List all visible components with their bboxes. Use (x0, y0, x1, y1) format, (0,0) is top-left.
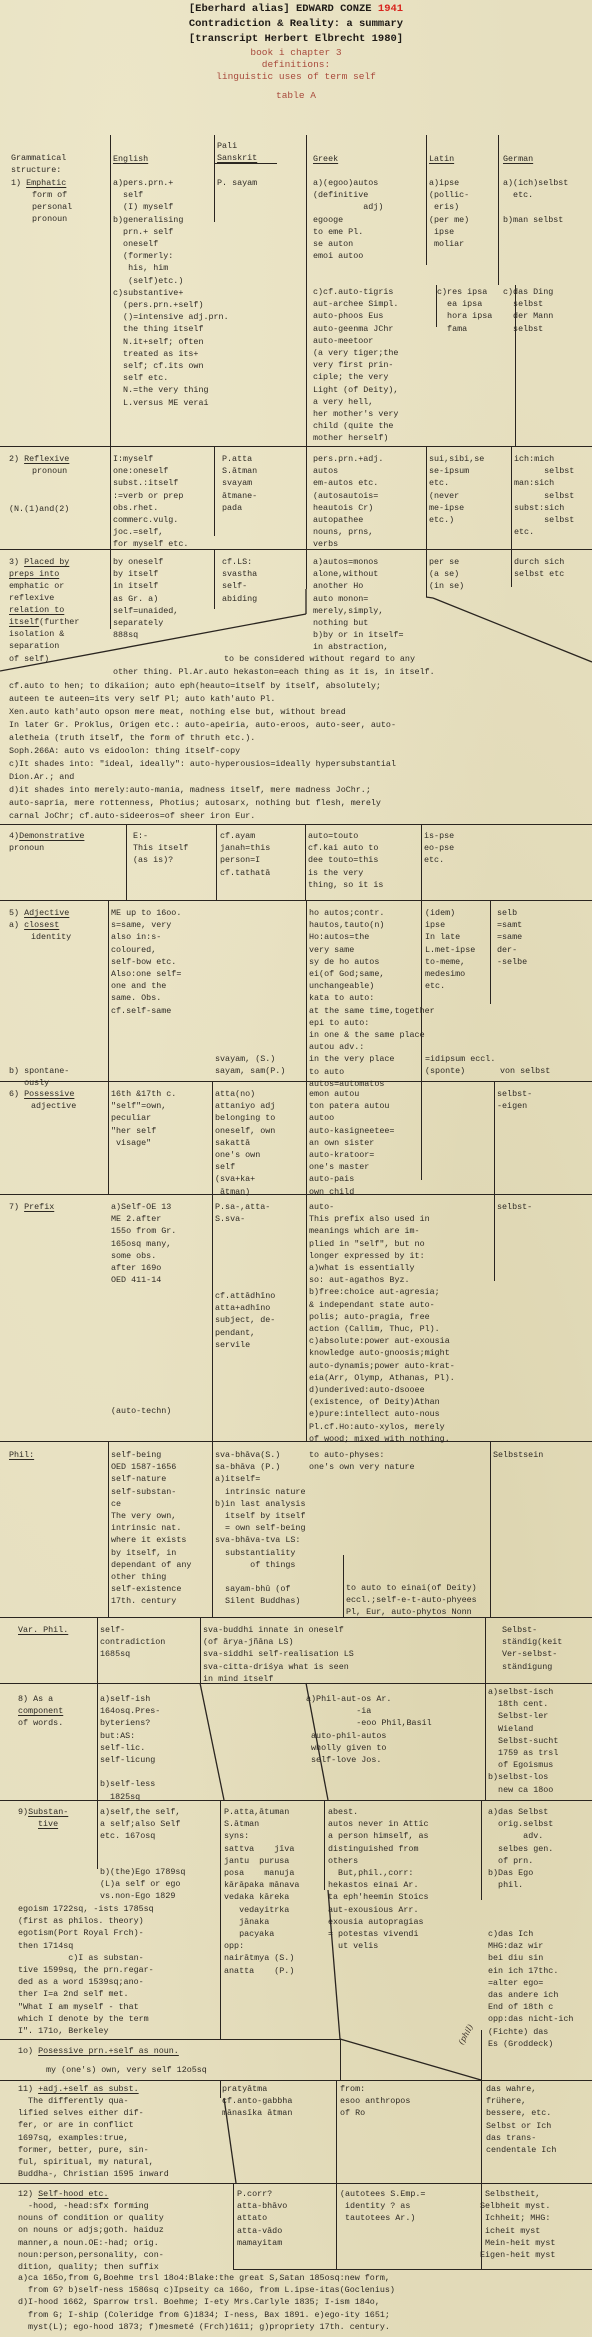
col-rule (200, 1617, 201, 1683)
row2-label-rest: pronoun (32, 465, 67, 477)
col-rule (108, 1441, 109, 1617)
row-label-underlined: Placed by (24, 557, 69, 567)
row1-greek-c: c)cf.auto-tigris aut-archee Simpl. auto-… (313, 286, 398, 445)
title-author: [Eberhard alias] EDWARD CONZE 1941 (0, 2, 592, 17)
row-divider (0, 900, 592, 901)
col-rule (426, 135, 427, 265)
row7-greek: auto- This prefix also used in meanings … (309, 1201, 455, 1445)
row11-german: das wahre, frühere, bessere, etc. Selbst… (486, 2083, 556, 2156)
row-num: 1o) (18, 2046, 33, 2056)
row7-pali: P.sa-,atta- S.sva- (215, 1201, 270, 1225)
row7-english-tail: (auto-techn) (111, 1405, 171, 1417)
col-rule (511, 446, 512, 549)
row-divider (0, 1617, 592, 1618)
row-divider (0, 1800, 592, 1801)
row-divider (0, 1081, 592, 1082)
col-rule (324, 1800, 325, 1890)
row3-greek: a)autos=monos alone,without another Ho a… (313, 556, 403, 654)
row9-greek: abest. autos never in Attic a person him… (328, 1806, 429, 1952)
row2-greek: pers.prn.+adj. autos em-autos etc. (auto… (313, 453, 383, 551)
col-rule (481, 1800, 482, 1900)
continuation-line: auto-sapria, mere rottenness, Photius; a… (9, 797, 381, 809)
row9-english-wide: egoism 1722sq, -ists 1785sq (first as ph… (18, 1903, 154, 2037)
col-rule (305, 824, 306, 900)
pali-header-rule (215, 163, 277, 164)
phil-english: self-being OED 1587-1656 self-nature sel… (111, 1449, 191, 1608)
col-rule (233, 2183, 234, 2269)
row1-german-c: c)das Ding selbst der Mann selbst (503, 286, 553, 335)
title-work: Contradiction & Reality: a summary (0, 17, 592, 32)
row4-label-rest: pronoun (9, 842, 44, 854)
col-greek-header: Greek (313, 153, 338, 165)
row3-english: by oneself by itself in itself as Gr. a)… (113, 556, 178, 641)
row4-latin: is-pse eo-pse etc. (424, 830, 454, 867)
row5-german-b: von selbst (500, 1065, 550, 1077)
row-divider (0, 2080, 592, 2081)
col-rule (214, 549, 215, 609)
col-rule (340, 2039, 341, 2080)
row12-text: -hood, -head:sfx forming nouns of condit… (18, 2200, 164, 2273)
row9-label: 9)Substan- (18, 1806, 68, 1818)
continuation-line: Dion.Ar.; and (9, 771, 74, 783)
row11-greek: from: esoo anthropos of Ro (340, 2083, 410, 2120)
row8-label: 8) As a (18, 1693, 53, 1705)
varphil-label: Var. Phil. (18, 1624, 68, 1636)
col-rule (110, 135, 111, 446)
row-num: 11) (18, 2084, 33, 2094)
col-rule (511, 549, 512, 587)
row6-greek: emon autou ton patera autou autoo auto-k… (309, 1088, 394, 1198)
row3-pali: cf.LS: svastha self- abiding (222, 556, 257, 605)
row-label-underlined: Demonstrative (19, 831, 84, 841)
col-rule (426, 549, 427, 597)
subtitle-topic: linguistic uses of term self (0, 71, 592, 84)
phil-pali: sva-bhāva(S.) sa-bhāva (P.) a)itself= in… (215, 1449, 305, 1608)
row2-label: 2) Reflexive (9, 453, 69, 465)
varphil-middle: sva-buddhi innate in oneself (of ārya-jñ… (203, 1624, 354, 1685)
continuation-line: to be considered without regard to any (224, 653, 415, 665)
phil-german: Selbstsein (493, 1449, 543, 1461)
row-divider (0, 1441, 592, 1442)
col-rule (306, 135, 307, 446)
row5-greek: ho autos;contr. hautos,tauto(n) Ho:autos… (309, 907, 435, 1090)
row3-label-u2: preps into (9, 568, 59, 580)
row4-english: E:- This itself (as is)? (133, 830, 188, 867)
row5-latin-b: =idipsum eccl. (sponte) (425, 1053, 495, 1077)
col-structure-header: Grammatical structure: (11, 152, 66, 176)
col-rule (436, 285, 437, 327)
row7-pali-cf: cf.attādhīno atta+adhīno subject, de- pe… (215, 1290, 275, 1351)
col-rule (336, 2080, 337, 2183)
row2-english: I:myself one:oneself subst.:itself :=ver… (113, 453, 188, 551)
continuation-line: c)It shades into: "ideal, ideally": auto… (9, 758, 396, 770)
row9-pali: P.atta,ātuman S.ātman syns: sattva jīva … (224, 1806, 299, 1977)
col-rule (306, 549, 307, 589)
continuation-line: aletheia (truth itself, the form of thru… (9, 732, 255, 744)
col-rule (220, 1800, 221, 2039)
row5-label-a: a) closest (9, 919, 59, 931)
subtitle-table: table A (0, 90, 592, 103)
row3-latin: per se (a se) (in se) (429, 556, 464, 593)
row1-latin-c: c)res ipsa ea ipsa hora ipsa fama (437, 286, 492, 335)
col-rule (498, 135, 499, 285)
row5-label: 5) Adjective (9, 907, 69, 919)
continuation-line: auteen te auteen=its very self Pl; auto … (9, 693, 275, 705)
continuation-line: carnal JoChr; cf.auto-sideeros=of sheer … (9, 810, 255, 822)
row-label-underlined: Reflexive (24, 454, 69, 464)
col-rule (481, 2183, 482, 2269)
row2-pali: P.atta S.ātman svayam ātmane- pada (222, 453, 257, 514)
row6-label-rest: adjective (31, 1100, 76, 1112)
row1-label: 1) Emphatic (11, 177, 66, 189)
continuation-line: cf.auto to hen; to dikaiion; auto eph(he… (9, 680, 381, 692)
row-divider (0, 824, 592, 825)
continuation-line: Soph.266A: auto vs eidoolon: thing itsel… (9, 745, 240, 757)
row4-greek: auto=touto cf.kai auto to dee touto=this… (308, 830, 383, 891)
col-rule (343, 1555, 344, 1617)
row-num: 3) (9, 557, 19, 567)
row-divider (0, 2183, 592, 2184)
col-rule (97, 1617, 98, 1800)
row1-latin-a: a)ipse (pollic- eris) (per me) ipse moli… (429, 177, 469, 250)
col-rule (481, 2080, 482, 2183)
row12-greek: (autotees S.Emp.= identity ? as tautotee… (340, 2188, 425, 2225)
col-rule (336, 2183, 337, 2269)
row5-pali-b: svayam, (S.) sayam, sam(P.) (215, 1053, 285, 1077)
col-rule (490, 1441, 491, 1617)
row-num: 2) (9, 454, 19, 464)
varphil-english: self- contradiction 1685sq (100, 1624, 165, 1661)
row-num: 4) (9, 831, 19, 841)
col-rule (110, 446, 111, 549)
title-transcript: [transcript Herbert Elbrecht 1980] (0, 32, 592, 47)
row11-pali: pratyātma cf.anto-gabbha mānasīka ātman (222, 2083, 292, 2120)
row9-english-a: a)self,the self, a self;also Self etc. 1… (100, 1806, 180, 1843)
col-rule (481, 2030, 482, 2080)
row-label-underlined: Posessive prn.+self as noun. (38, 2046, 179, 2056)
col-rule (421, 900, 422, 1180)
col-rule (490, 900, 491, 1004)
handwritten-annotation: (phil) (457, 2023, 476, 2046)
row12-footer: a)ca 165o,from G,Boehme trsl 18o4:Blake:… (18, 2272, 395, 2333)
col-rule (485, 1617, 486, 1800)
row5-label-b: b) spontane- ously (9, 1065, 69, 1089)
row5-latin: (idem) ipse In late L.met-ipse to-meme, … (425, 907, 475, 992)
row-divider (0, 549, 592, 550)
row8-label-u: component (18, 1705, 63, 1717)
row11-label: 11) +adj.+self as subst. (18, 2083, 139, 2095)
row8-greek: a)Phil-aut-os Ar. -ia -eoo Phil,Basil au… (306, 1693, 432, 1766)
varphil-german: Selbst- ständig(keit Ver-selbst- ständig… (502, 1624, 562, 1673)
row-num: 1) (11, 178, 21, 188)
col-rule (220, 2080, 221, 2098)
row-label-underlined: Self-hood etc. (38, 2189, 108, 2199)
row-label-underlined: closest (24, 920, 59, 930)
row9-german: a)das Selbst orig.selbst adv. selbes gen… (488, 1806, 573, 2050)
row-label-underlined: Adjective (24, 908, 69, 918)
row12-label: 12) Self-hood etc. (18, 2188, 108, 2200)
row1-pali: P. sayam (217, 177, 257, 189)
row3-german: durch sich selbst etc (514, 556, 564, 580)
row-label-text: As a (33, 1694, 53, 1704)
continuation-line: d)it shades into merely:auto-mania, madn… (9, 784, 371, 796)
row-num: 5) (9, 908, 19, 918)
row-divider (233, 2269, 592, 2270)
row12-german: Selbstheit, Selbheit myst. Ichheit; MHG:… (480, 2188, 555, 2261)
row9-english-b: b)(the)Ego 1789sq (L)a self or ego vs.no… (100, 1866, 185, 1903)
continuation-line: Xen.auto kath'auto opson mere meat, noth… (9, 706, 346, 718)
row-label-underlined: Emphatic (26, 178, 66, 188)
col-rule (214, 446, 215, 536)
row-divider (0, 1194, 592, 1195)
row-label-underlined: Possessive (24, 1089, 74, 1099)
row8-label-rest: of words. (18, 1717, 63, 1729)
author-text: [Eberhard alias] EDWARD CONZE (189, 3, 378, 15)
row11-text: The differently qua- lified selves eithe… (18, 2095, 169, 2180)
row6-label: 6) Possessive (9, 1088, 74, 1100)
row1-german-a: a)(ich)selbst etc. b)man selbst (503, 177, 568, 226)
row3-label-mid: emphatic or reflexive (9, 580, 64, 604)
row7-english: a)Self-OE 13 ME 2.after 155o from Gr. 16… (111, 1201, 176, 1286)
col-english-header: English (113, 153, 148, 165)
row5-english: ME up to 16oo. s=same, very also in:s- c… (111, 907, 181, 1017)
row-divider (0, 1683, 592, 1684)
col-rule (421, 824, 422, 900)
col-rule (306, 446, 307, 549)
phil-greek-top: to auto-physes: one's own very nature (309, 1449, 415, 1473)
year-text: 1941 (378, 3, 403, 15)
row4-pali: cf.ayam janah=this person=I cf.tathatā (220, 830, 270, 879)
row10-text: my (one's) own, very self 12o5sq (46, 2064, 207, 2076)
row6-german: selbst- -eigen (497, 1088, 532, 1112)
col-rule (110, 549, 111, 629)
row3-label-u4-line: itself(further isolation & separation of… (9, 616, 79, 665)
col-rule (515, 285, 516, 446)
col-rule (426, 446, 427, 549)
row2-note: (N.(1)and(2) (9, 503, 69, 515)
col-pali-header-1: Pali (217, 140, 237, 152)
row5-label-a-rest: identity (31, 931, 71, 943)
row12-pali: P.corr? atta-bhāvo attato atta-vādo mama… (237, 2188, 287, 2249)
subtitle-definitions: definitions: (0, 59, 592, 72)
row-num: 7) (9, 1202, 19, 1212)
col-latin-header: Latin (429, 153, 454, 165)
row-label-underlined: +adj.+self as subst. (38, 2084, 139, 2094)
row-num: 8) (18, 1694, 28, 1704)
row10-label: 1o) Posessive prn.+self as noun. (18, 2045, 179, 2057)
row7-label: 7) Prefix (9, 1201, 54, 1213)
row3-label-u3: relation to (9, 604, 64, 616)
row-label-underlined: Prefix (24, 1202, 54, 1212)
row9-label-u2: tive (38, 1818, 58, 1830)
row3-label: 3) Placed by (9, 556, 69, 568)
row-divider (0, 2039, 340, 2040)
row2-german: ich:mich selbst man:sich selbst subst:si… (514, 453, 574, 538)
row1-english: a)pers.prn.+ self (I) myself b)generalis… (113, 177, 229, 409)
row2-latin: sui,sibi,se se-ipsum etc. (never me-ipse… (429, 453, 484, 526)
row1-greek-a: a)(egoo)autos (definitive adj) egooge to… (313, 177, 383, 262)
subtitle-book: book i chapter 3 (0, 47, 592, 60)
row-label-underlined: Substan- (28, 1807, 68, 1817)
col-rule (212, 1441, 213, 1617)
col-rule (214, 135, 215, 222)
col-german-header: German (503, 153, 533, 165)
row8-english: a)self-ish 164osq.Pres- byteriens? but:A… (100, 1693, 160, 1803)
row-label-underlined: itself (9, 617, 39, 627)
row-num: 6) (9, 1089, 19, 1099)
continuation-line: other thing. Pl.Ar.auto hekaston=each th… (113, 666, 435, 678)
sub-label: a) (9, 920, 19, 930)
continuation-line: In later Gr. Proklus, Origen etc.: auto-… (9, 719, 396, 731)
col-rule (216, 824, 217, 900)
row-divider (0, 446, 592, 447)
row5-german: selb =samt =same der- -selbe (497, 907, 527, 968)
row-num: 12) (18, 2189, 33, 2199)
col-rule (494, 1081, 495, 1281)
row4-label: 4)Demonstrative (9, 830, 84, 842)
col-rule (97, 1800, 98, 1869)
row1-label-rest: form of personal pronoun (32, 189, 72, 226)
row7-german: selbst- (497, 1201, 532, 1213)
row6-english: 16th &17th c. "self"=own, peculiar "her … (111, 1088, 176, 1149)
phil-greek-bottom: to auto to einai(of Deity) eccl.;self-e-… (346, 1582, 477, 1619)
phil-label: Phil: (9, 1449, 34, 1461)
col-rule (306, 900, 307, 1441)
col-rule (108, 900, 109, 1194)
row8-german: a)selbst-isch 18th cent. Selbst-ler Wiel… (488, 1686, 558, 1796)
row6-pali: atta(no) attaniyo adj belonging to onese… (215, 1088, 275, 1198)
col-rule (126, 824, 127, 900)
row-num: 9) (18, 1807, 28, 1817)
col-rule (212, 1081, 213, 1441)
